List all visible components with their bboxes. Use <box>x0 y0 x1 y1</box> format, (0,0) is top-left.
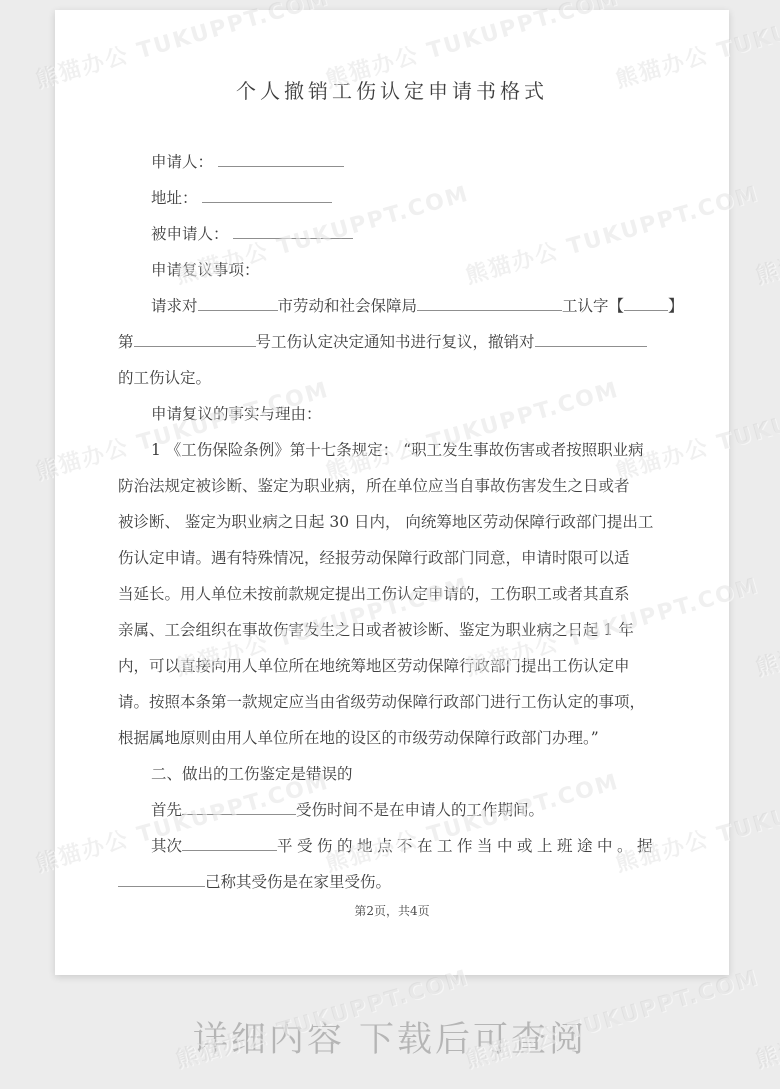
blank-underline <box>233 224 353 239</box>
blank-underline <box>624 296 668 311</box>
doc-text: 请。按照本条第一款规定应当由省级劳动保障行政部门进行工伤认定的事项， <box>118 693 645 711</box>
doc-text: 被诊断、 鉴定为职业病之日起 30 日内， 向统筹地区劳动保障行政部门提出工 <box>118 513 653 531</box>
doc-line: 其次平受伤的地点不在工作当中或上班途中。据 <box>118 828 663 864</box>
doc-text: 工认字【 <box>562 297 624 315</box>
doc-text: 伤认定申请。遇有特殊情况，经报劳动保障行政部门同意，申请时限可以适 <box>118 549 630 567</box>
doc-text: 亲属、工会组织在事故伤害发生之日或者被诊断、鉴定为职业病之日起 1 年 <box>118 621 634 639</box>
doc-text: 己称其受伤是在家里受伤。 <box>205 873 391 891</box>
blank-underline <box>218 152 344 167</box>
doc-line: 亲属、工会组织在事故伤害发生之日或者被诊断、鉴定为职业病之日起 1 年 <box>118 612 663 648</box>
doc-text: 申请复议事项： <box>151 261 260 279</box>
doc-line: 根据属地原则由用人单位所在地的设区的市级劳动保障行政部门办理。” <box>118 720 663 756</box>
doc-line: 第号工伤认定决定通知书进行复议，撤销对 <box>118 324 663 360</box>
doc-text: 二、做出的工伤鉴定是错误的 <box>151 765 353 783</box>
doc-line: 防治法规定被诊断、鉴定为职业病，所在单位应当自事故伤害发生之日或者 <box>118 468 663 504</box>
doc-text: 受伤时间不是在申请人的工作期间。 <box>296 801 544 819</box>
blank-underline <box>535 332 647 347</box>
document-page: 个人撤销工伤认定申请书格式 申请人： 地址： 被申请人： 申请复议事项：请求对市… <box>55 10 729 975</box>
doc-text: 申请人： <box>151 153 218 171</box>
doc-text: 平受伤的地点不在工作当中或上班途中。据 <box>277 837 657 855</box>
blank-underline <box>134 332 256 347</box>
doc-line: 1 《工伤保险条例》第十七条规定： “职工发生事故伤害或者按照职业病 <box>118 432 663 468</box>
doc-line: 己称其受伤是在家里受伤。 <box>118 864 663 900</box>
doc-text: 市劳动和社会保障局 <box>278 297 418 315</box>
doc-line: 地址： <box>118 180 663 216</box>
doc-line: 请。按照本条第一款规定应当由省级劳动保障行政部门进行工伤认定的事项， <box>118 684 663 720</box>
doc-line: 申请复议事项： <box>118 252 663 288</box>
watermark: 熊猫办公 TUKUPPT.COM <box>752 177 780 291</box>
doc-text: 根据属地原则由用人单位所在地的设区的市级劳动保障行政部门办理。” <box>118 729 599 747</box>
doc-line: 请求对市劳动和社会保障局工认字【】 <box>118 288 663 324</box>
doc-line: 申请人： <box>118 144 663 180</box>
watermark: 熊猫办公 TUKUPPT.COM <box>752 569 780 683</box>
document-lines: 申请人： 地址： 被申请人： 申请复议事项：请求对市劳动和社会保障局工认字【】第… <box>55 144 729 900</box>
doc-text: 被申请人： <box>151 225 233 243</box>
doc-line: 伤认定申请。遇有特殊情况，经报劳动保障行政部门同意，申请时限可以适 <box>118 540 663 576</box>
page-number-footer: 第2页，共4页 <box>55 902 729 919</box>
doc-text: 的工伤认定。 <box>118 369 211 387</box>
blank-underline <box>182 836 277 851</box>
doc-line: 内，可以直接向用人单位所在地统筹地区劳动保障行政部门提出工伤认定申 <box>118 648 663 684</box>
doc-text: 请求对 <box>151 297 198 315</box>
page-background: 个人撤销工伤认定申请书格式 申请人： 地址： 被申请人： 申请复议事项：请求对市… <box>0 0 780 1089</box>
blank-underline <box>198 296 278 311</box>
bottom-banner-text: 详细内容 下载后可查阅 <box>0 1012 780 1062</box>
doc-text: 第 <box>118 333 134 351</box>
doc-text: 首先 <box>151 801 182 819</box>
doc-text: 号工伤认定决定通知书进行复议，撤销对 <box>256 333 535 351</box>
doc-line: 的工伤认定。 <box>118 360 663 396</box>
doc-line: 当延长。用人单位未按前款规定提出工伤认定申请的，工伤职工或者其直系 <box>118 576 663 612</box>
doc-line: 首先受伤时间不是在申请人的工作期间。 <box>118 792 663 828</box>
doc-text: 当延长。用人单位未按前款规定提出工伤认定申请的，工伤职工或者其直系 <box>118 585 630 603</box>
doc-text: 1 《工伤保险条例》第十七条规定： “职工发生事故伤害或者按照职业病 <box>151 441 644 459</box>
doc-text: 内，可以直接向用人单位所在地统筹地区劳动保障行政部门提出工伤认定申 <box>118 657 630 675</box>
doc-text: 申请复议的事实与理由： <box>151 405 322 423</box>
doc-text: 防治法规定被诊断、鉴定为职业病，所在单位应当自事故伤害发生之日或者 <box>118 477 630 495</box>
doc-line: 被诊断、 鉴定为职业病之日起 30 日内， 向统筹地区劳动保障行政部门提出工 <box>118 504 663 540</box>
blank-underline <box>417 296 562 311</box>
blank-underline <box>118 872 205 887</box>
blank-underline <box>202 188 332 203</box>
doc-line: 申请复议的事实与理由： <box>118 396 663 432</box>
doc-text: 地址： <box>151 189 202 207</box>
document-title: 个人撤销工伤认定申请书格式 <box>55 76 729 106</box>
doc-text: 】 <box>668 297 684 315</box>
blank-underline <box>182 800 296 815</box>
doc-line: 二、做出的工伤鉴定是错误的 <box>118 756 663 792</box>
doc-line: 被申请人： <box>118 216 663 252</box>
doc-text: 其次 <box>151 837 182 855</box>
